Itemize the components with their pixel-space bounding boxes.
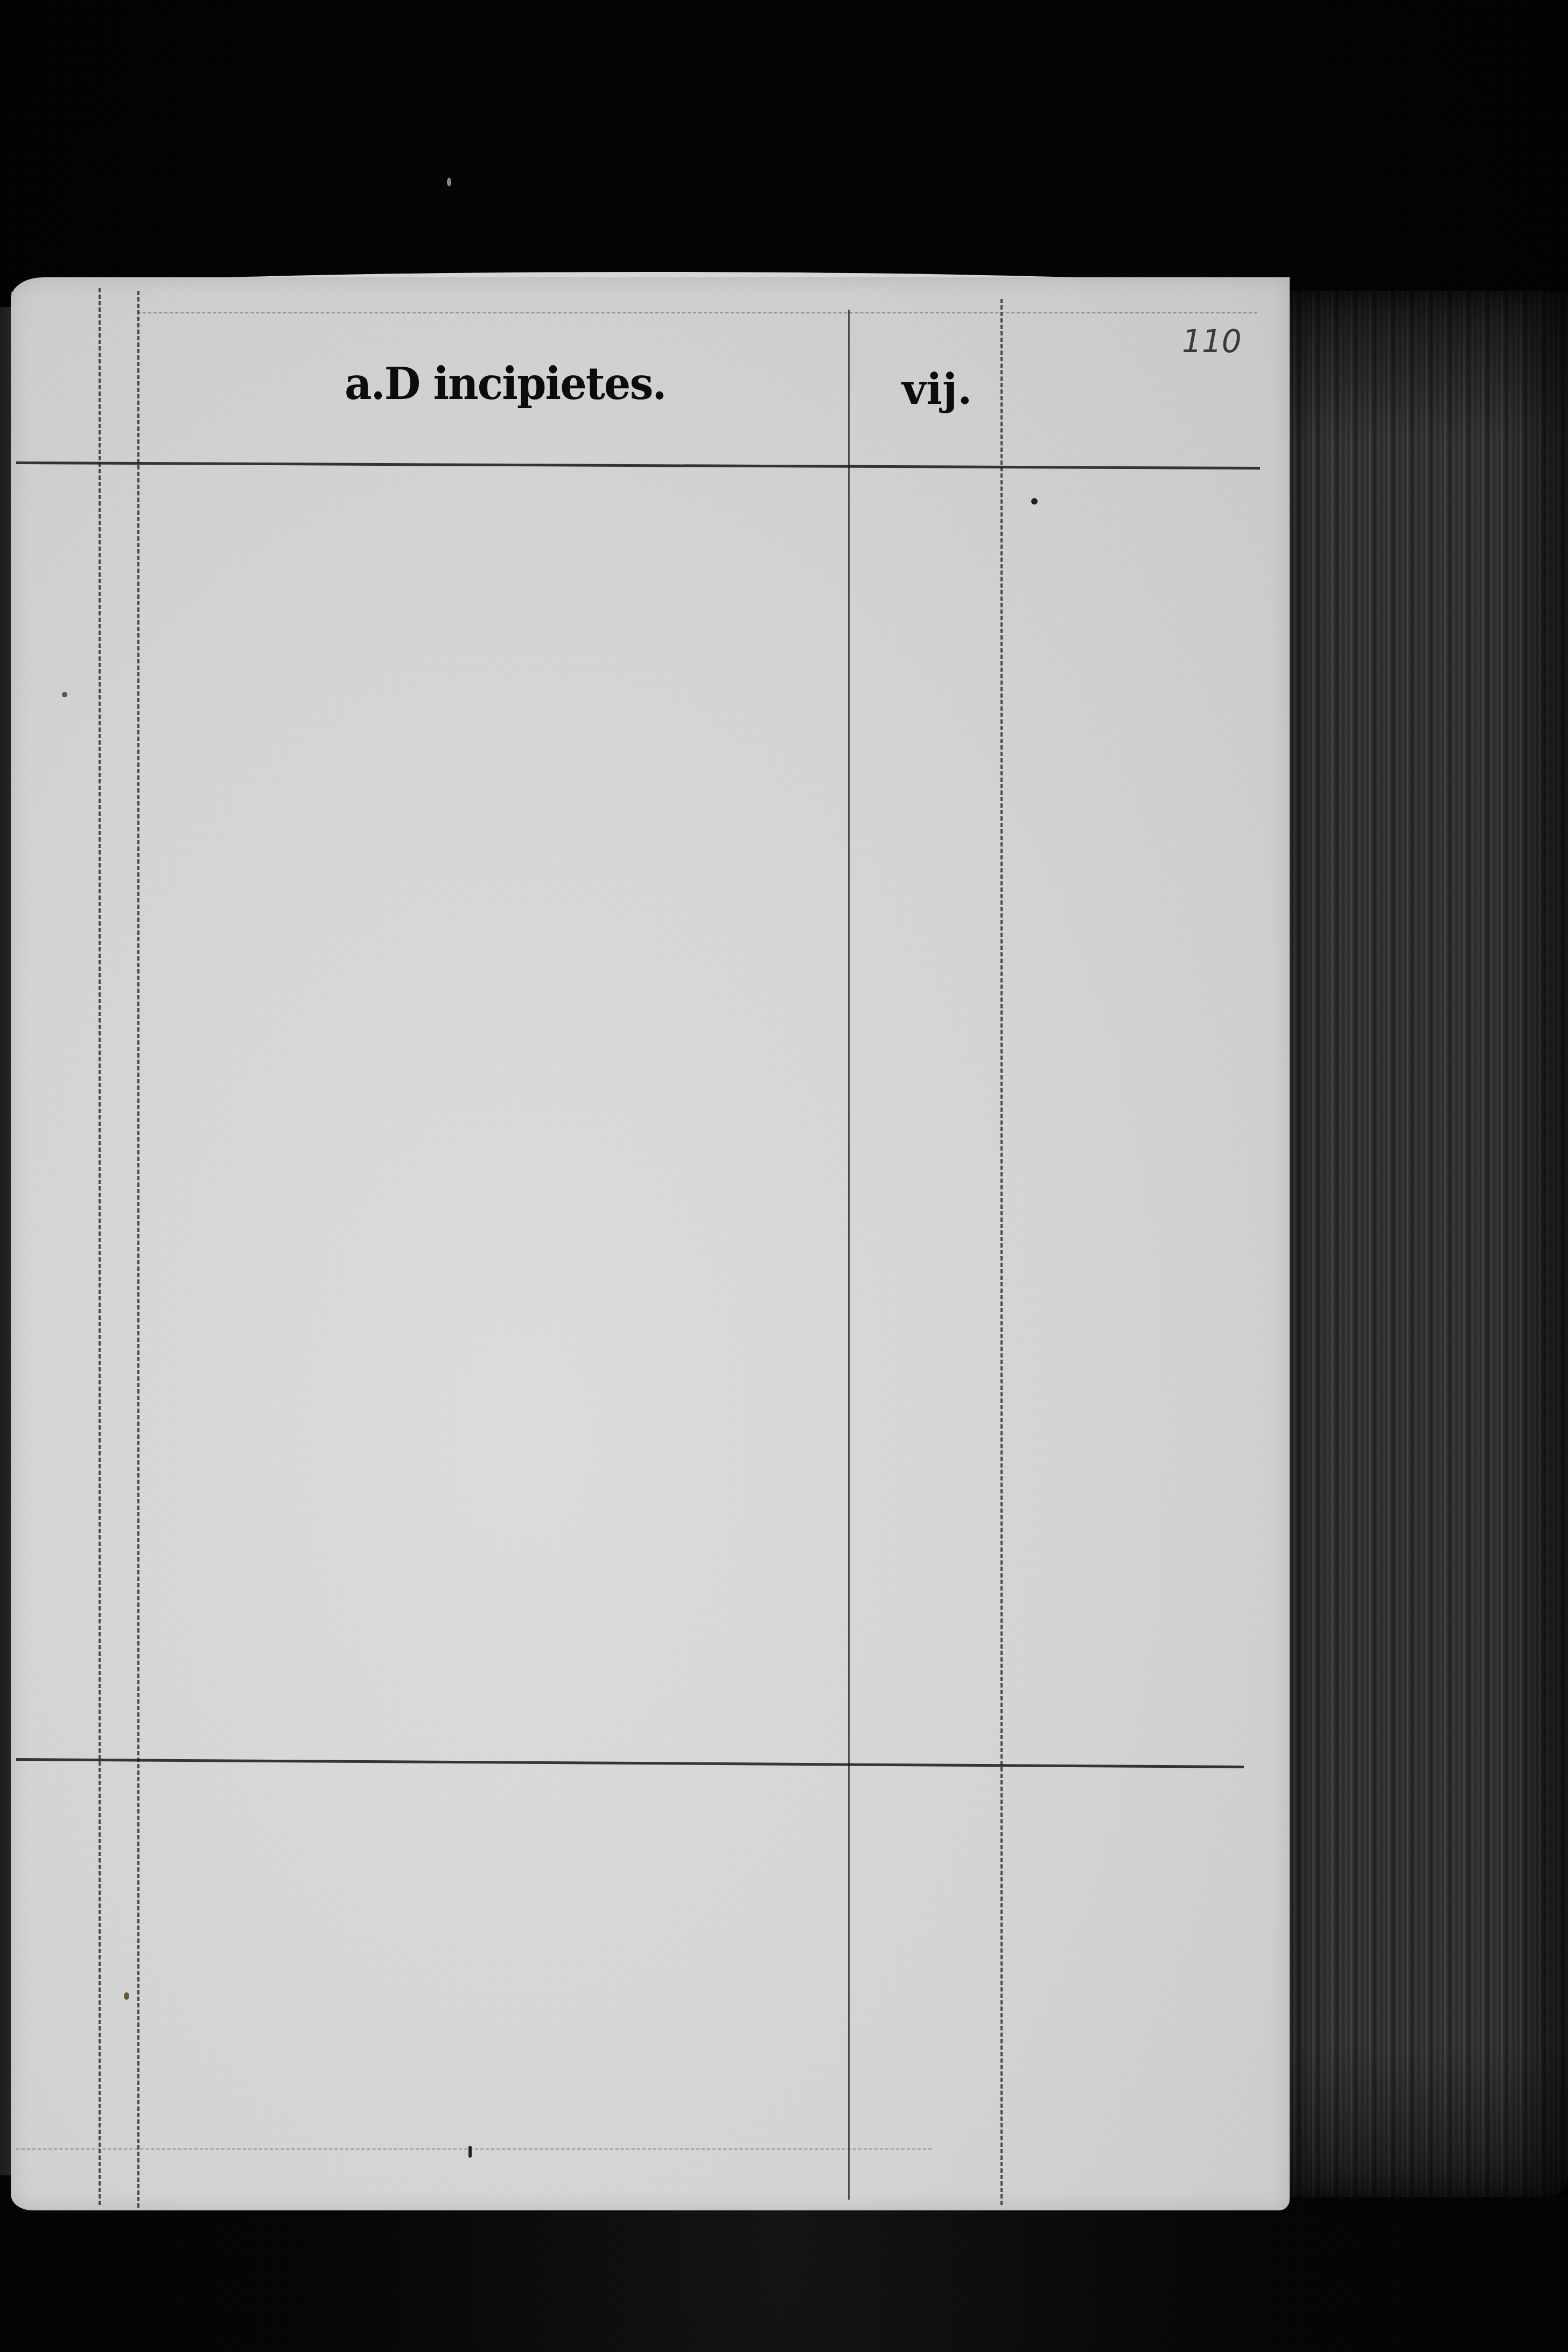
dust-speck xyxy=(447,178,451,186)
folio-number: 110 xyxy=(1182,323,1242,360)
ruling-line-baseline xyxy=(16,2148,932,2150)
ruling-line-top xyxy=(137,312,1257,313)
paper-speck xyxy=(1031,498,1038,505)
book-page xyxy=(11,277,1290,2210)
page-block-fore-edge xyxy=(1287,291,1568,2197)
paper-speck xyxy=(124,1992,129,2000)
ruling-line-column-1 xyxy=(848,310,850,2200)
ruling-line-outer-margin xyxy=(99,288,101,2205)
chapter-number: vij. xyxy=(902,365,972,414)
running-title: a.D incipietes. xyxy=(345,359,666,410)
paper-speck xyxy=(468,2146,472,2158)
paper-speck xyxy=(62,692,67,697)
ruling-line-column-2 xyxy=(1000,299,1003,2205)
ruling-line-inner-margin xyxy=(137,291,139,2208)
